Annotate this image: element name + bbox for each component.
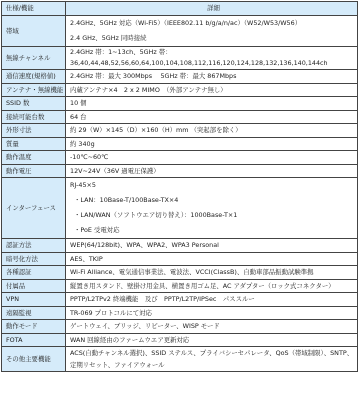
row-value: WAN 回線経由のファームウエア更新対応: [66, 333, 358, 347]
table-row: 帯域 2.4GHz、5GHz 対応（Wi-Fi5）（IEEE802.11 b/g…: [2, 16, 358, 47]
row-value: RJ-45×5 ・LAN：10Base-T/100Base-TX×4 ・LAN/…: [66, 178, 358, 239]
header-row: 仕様/機能 詳細: [2, 2, 358, 16]
row-label: アンテナ・無線機能: [2, 83, 66, 97]
row-value: 約 340g: [66, 137, 358, 151]
row-label: インターフェース: [2, 178, 66, 239]
table-row: 無線チャンネル 2.4GHz 帯：1~13ch、5GHz 帯： 36,40,44…: [2, 47, 358, 70]
value-line: RJ-45×5: [70, 178, 357, 193]
row-value: ゲートウェイ、ブリッジ、リピーター、WISP モード: [66, 320, 358, 334]
row-value: 10 個: [66, 97, 358, 111]
row-label: 付属品: [2, 279, 66, 293]
table-row: 暗号化方法AES、TKIP: [2, 252, 358, 266]
value-line: ・PoE 受電対応: [70, 223, 357, 238]
table-row: 通信速度(規格値)2.4GHz 帯：最大 300Mbps 5GHz 帯：最大 8…: [2, 70, 358, 84]
value-line: 2.4GHz、5GHz 対応（Wi-Fi5）（IEEE802.11 b/g/a/…: [70, 16, 357, 31]
table-row: 動作電圧12V~24V（36V 過電圧保護）: [2, 164, 358, 178]
value-line: ・LAN/WAN（ソフトウエア切り替え）：1000Base-T×1: [70, 208, 357, 223]
row-value: 64 台: [66, 110, 358, 124]
table-row: 遠隔監視TR-069 プロトコルにて対応: [2, 306, 358, 320]
table-row: 動作温度-10℃~60℃: [2, 151, 358, 165]
table-row: 動作モードゲートウェイ、ブリッジ、リピーター、WISP モード: [2, 320, 358, 334]
table-row: 各種認証Wi-Fi Alliance、電気通信事業法、電波法、VCCI(Clas…: [2, 266, 358, 280]
row-label: 動作温度: [2, 151, 66, 165]
row-label: 各種認証: [2, 266, 66, 280]
row-value: AES、TKIP: [66, 252, 358, 266]
row-value: ACS(自動チャンネル選択)、SSID ステルス、プライバシーセパレータ、QoS…: [66, 347, 358, 372]
row-value: 2.4GHz 帯：1~13ch、5GHz 帯： 36,40,44,48,52,5…: [66, 47, 358, 70]
value-line: ACS(自動チャンネル選択)、SSID ステルス、プライバシーセパレータ、QoS…: [70, 347, 357, 359]
table-row: その他主要機能 ACS(自動チャンネル選択)、SSID ステルス、プライバシーセ…: [2, 347, 358, 372]
row-label: その他主要機能: [2, 347, 66, 372]
row-label: 質量: [2, 137, 66, 151]
table-row: 質量約 340g: [2, 137, 358, 151]
row-label: 接続可能台数: [2, 110, 66, 124]
row-value: WEP(64/128bit)、WPA、WPA2、WPA3 Personal: [66, 239, 358, 253]
table-row: 接続可能台数64 台: [2, 110, 358, 124]
row-value: 縦置き用スタンド、壁掛け用金具、横置き用ゴム足、AC アダプター（ロック式コネク…: [66, 279, 358, 293]
spec-table: 仕様/機能 詳細 帯域 2.4GHz、5GHz 対応（Wi-Fi5）（IEEE8…: [1, 1, 358, 372]
row-value: -10℃~60℃: [66, 151, 358, 165]
row-value: TR-069 プロトコルにて対応: [66, 306, 358, 320]
row-value: 約 29（W）×145（D）×160（H）mm （突起部を除く）: [66, 124, 358, 138]
header-detail: 詳細: [66, 2, 358, 16]
value-line: ・LAN：10Base-T/100Base-TX×4: [70, 193, 357, 208]
table-row: アンテナ・無線機能内蔵アンテナ×4 2 x 2 MIMO （外部アンテナ無し）: [2, 83, 358, 97]
row-label: SSID 数: [2, 97, 66, 111]
table-row: FOTAWAN 回線経由のファームウエア更新対応: [2, 333, 358, 347]
row-value: 内蔵アンテナ×4 2 x 2 MIMO （外部アンテナ無し）: [66, 83, 358, 97]
row-label: 動作モード: [2, 320, 66, 334]
value-line: 2.4 GHz、5GHz 同時接続: [70, 31, 357, 46]
table-row: VPNPPTP/L2TPv2 終端機能 及び PPTP/L2TP/IPSec パ…: [2, 293, 358, 307]
value-line: 定期リセット、ファイアウォール: [70, 359, 357, 371]
row-label: 暗号化方法: [2, 252, 66, 266]
value-line: 36,40,44,48,52,56,60,64,100,104,108,112,…: [70, 58, 357, 69]
row-label: FOTA: [2, 333, 66, 347]
table-row: 認証方法WEP(64/128bit)、WPA、WPA2、WPA3 Persona…: [2, 239, 358, 253]
header-spec: 仕様/機能: [2, 2, 66, 16]
row-label: VPN: [2, 293, 66, 307]
value-line: 2.4GHz 帯：1~13ch、5GHz 帯：: [70, 47, 357, 58]
table-row: インターフェース RJ-45×5 ・LAN：10Base-T/100Base-T…: [2, 178, 358, 239]
row-label: 無線チャンネル: [2, 47, 66, 70]
table-row: SSID 数10 個: [2, 97, 358, 111]
row-label: 通信速度(規格値): [2, 70, 66, 84]
table-row: 付属品縦置き用スタンド、壁掛け用金具、横置き用ゴム足、AC アダプター（ロック式…: [2, 279, 358, 293]
row-value: 2.4GHz、5GHz 対応（Wi-Fi5）（IEEE802.11 b/g/a/…: [66, 16, 358, 47]
row-value: PPTP/L2TPv2 終端機能 及び PPTP/L2TP/IPSec パススル…: [66, 293, 358, 307]
table-row: 外形寸法約 29（W）×145（D）×160（H）mm （突起部を除く）: [2, 124, 358, 138]
row-label: 遠隔監視: [2, 306, 66, 320]
row-value: 12V~24V（36V 過電圧保護）: [66, 164, 358, 178]
row-label: 帯域: [2, 16, 66, 47]
row-value: Wi-Fi Alliance、電気通信事業法、電波法、VCCI(ClassB)、…: [66, 266, 358, 280]
row-label: 動作電圧: [2, 164, 66, 178]
row-label: 認証方法: [2, 239, 66, 253]
row-value: 2.4GHz 帯：最大 300Mbps 5GHz 帯：最大 867Mbps: [66, 70, 358, 84]
row-label: 外形寸法: [2, 124, 66, 138]
